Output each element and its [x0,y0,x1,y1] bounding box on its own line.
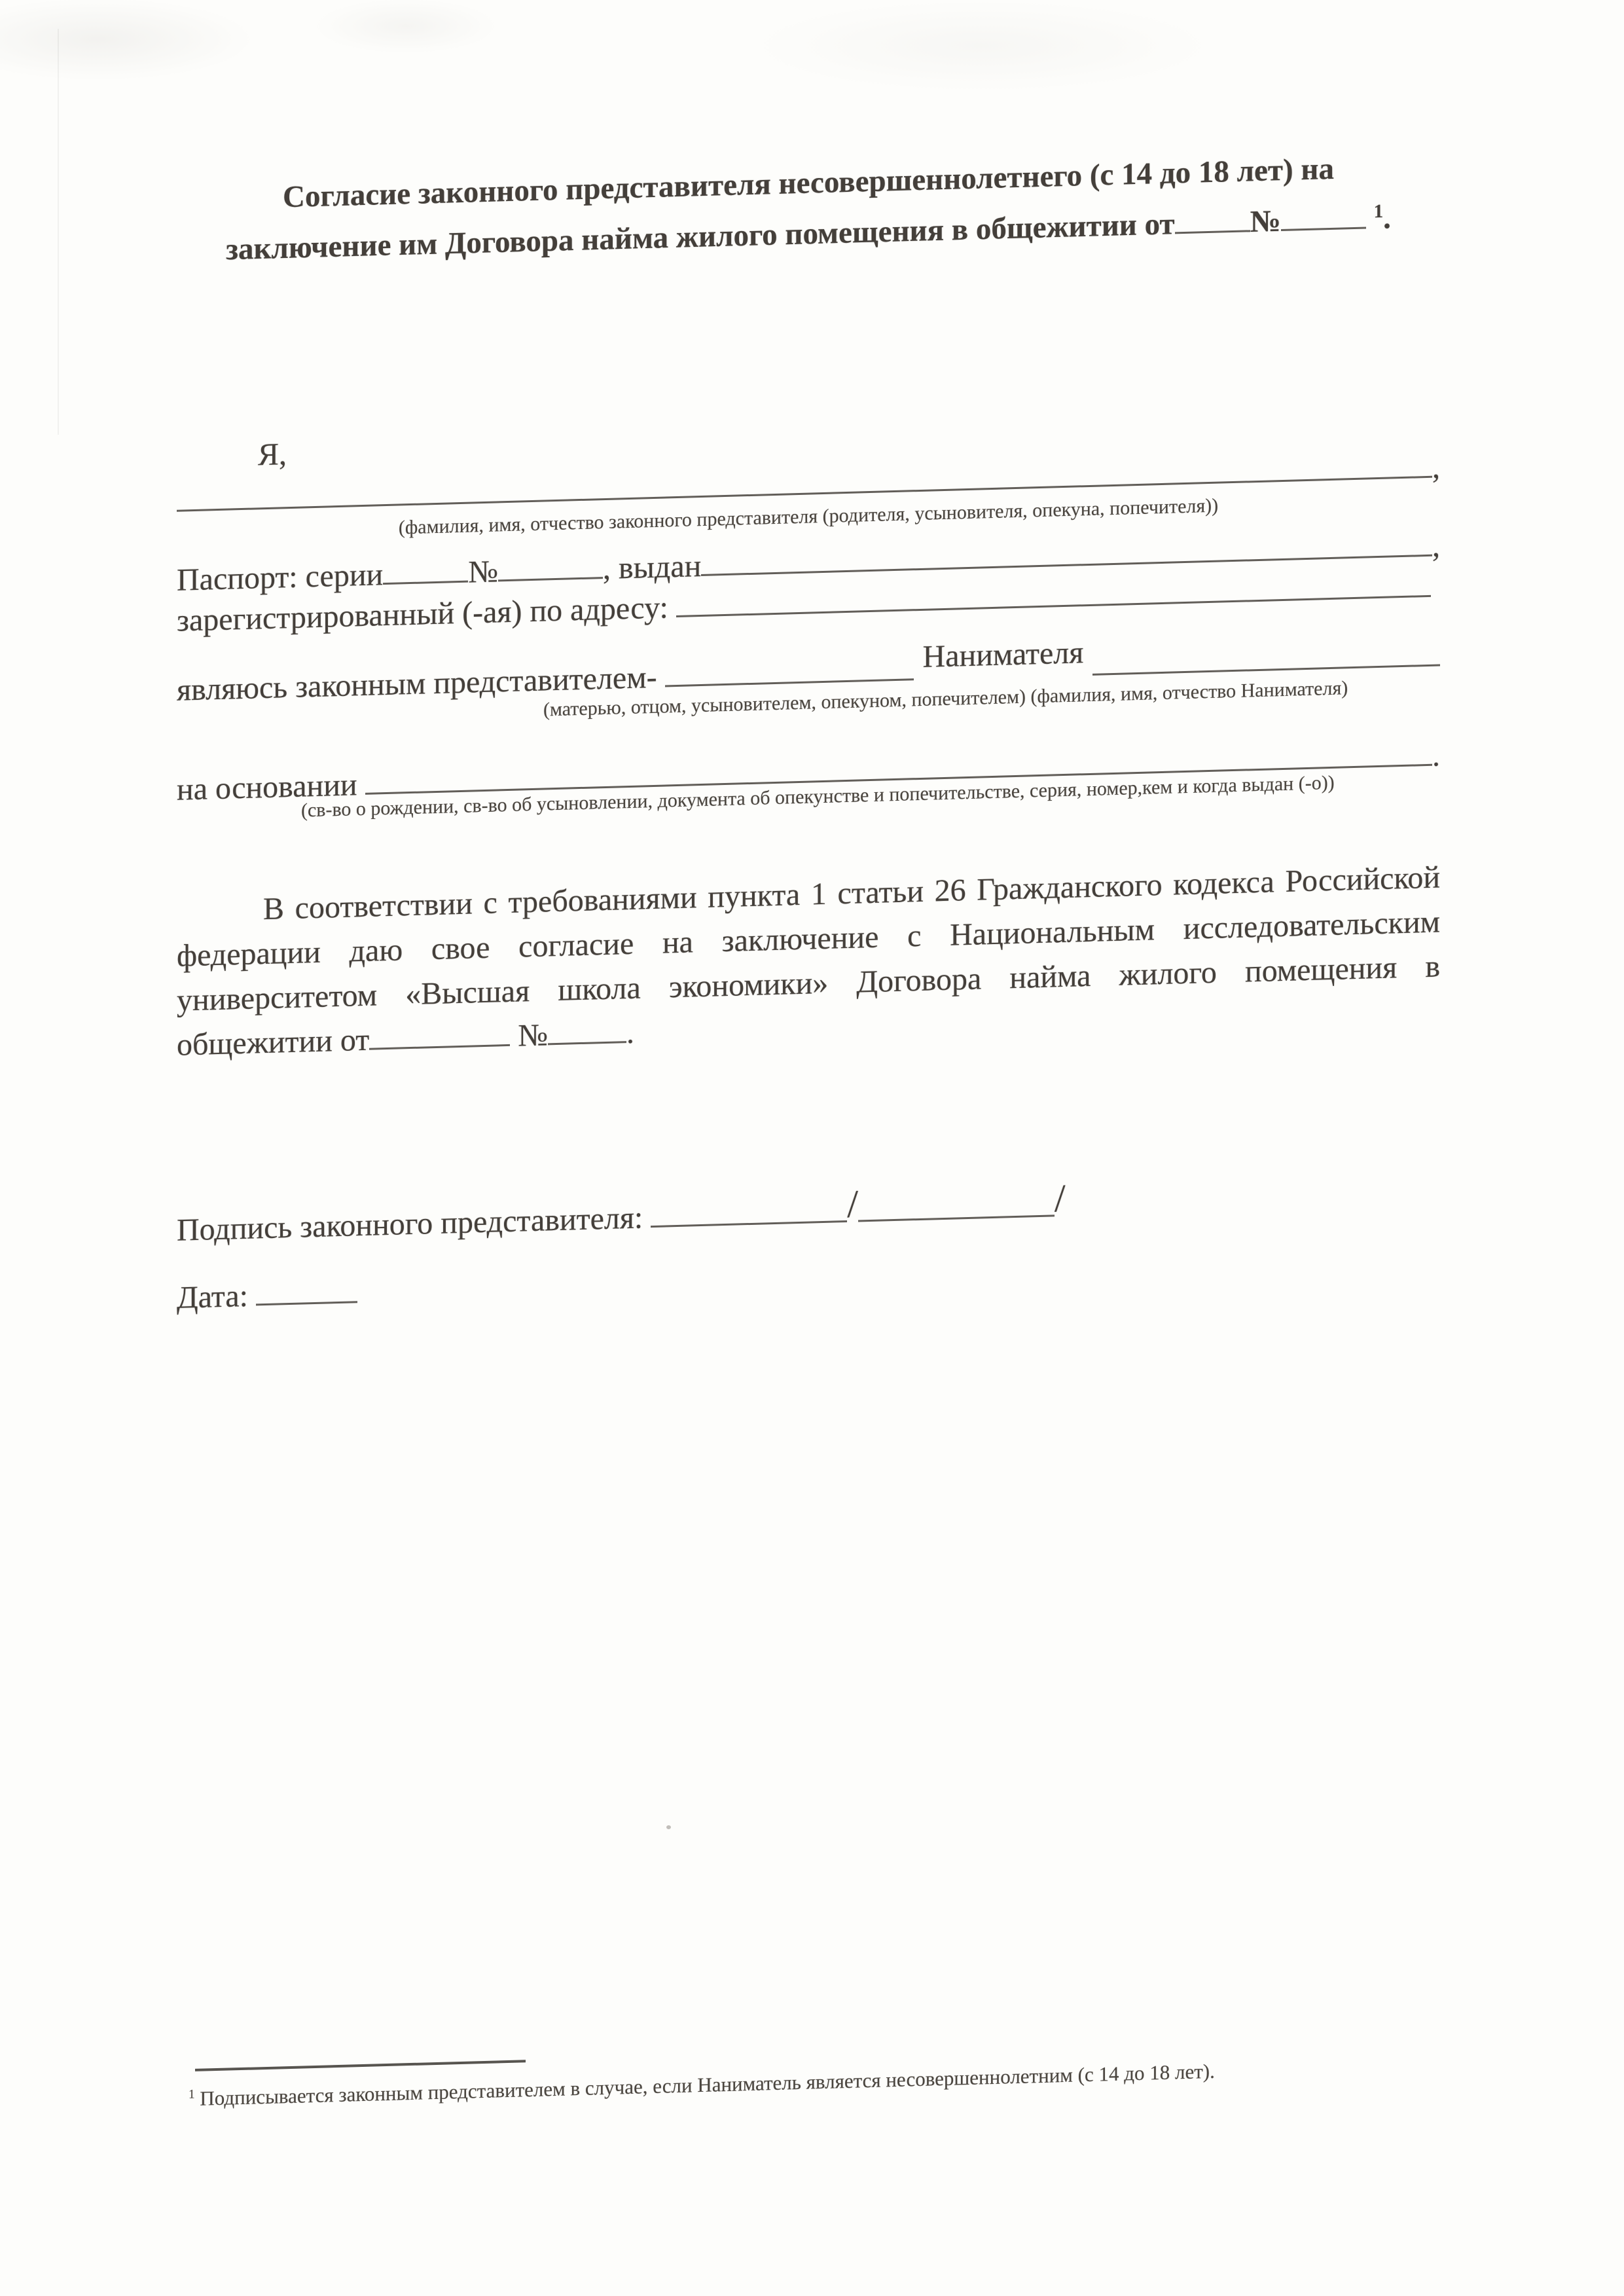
consent-date-blank [369,1015,510,1050]
title-number-blank [1281,198,1366,231]
passport-number-blank [498,548,603,581]
document-title: Согласие законного представителя несовер… [177,144,1440,273]
signature-label: Подпись законного представителя: [177,1200,643,1247]
title-footnote-marker: 1 [1374,201,1384,222]
tenant-name-blank [1092,635,1440,676]
footnote-divider [195,2060,526,2071]
consent-paragraph: В соответствии с требованиями пункта 1 с… [177,855,1440,1067]
date-label: Дата: [177,1279,248,1315]
pronoun-label: Я, [258,437,287,472]
signature-line: Подпись законного представителя: // [177,1171,1440,1250]
footnote: 1 Подписывается законным представителем … [177,2053,1452,2111]
representative-role-blank [665,649,914,687]
passport-numero-sign: № [468,554,498,591]
passport-series-blank [383,552,468,585]
fio-trailing-comma: , [1432,450,1440,486]
consent-number-blank [548,1012,626,1045]
date-blank [256,1272,357,1305]
scanned-document-page: Согласие законного представителя несовер… [0,0,1624,2296]
passport-issued-label: , выдан [603,548,701,587]
consent-period: . [626,1015,634,1050]
passport-trailing-comma: , [1432,528,1440,564]
consent-numero-sign: № [518,1017,548,1053]
document-content: Согласие законного представителя несовер… [0,0,1624,2296]
title-numero-sign: № [1250,204,1281,239]
title-date-blank [1175,202,1250,234]
title-period: . [1383,201,1391,235]
title-line2-text: заключение им Договора найма жилого поме… [226,207,1175,266]
date-line: Дата: [177,1243,1440,1315]
signature-blank [651,1192,847,1228]
consent-line4-text: общежитии от [177,1023,369,1063]
passport-label: Паспорт: серии [177,556,383,598]
registered-label: зарегистрированный (-ая) по адресу: [177,590,668,639]
tenant-word: Нанимателя [914,634,1093,675]
signature-slash2: / [1055,1176,1066,1220]
signature-slash1: / [847,1182,858,1225]
signature-name-blank [858,1186,1055,1222]
footnote-marker: 1 [189,2088,195,2102]
